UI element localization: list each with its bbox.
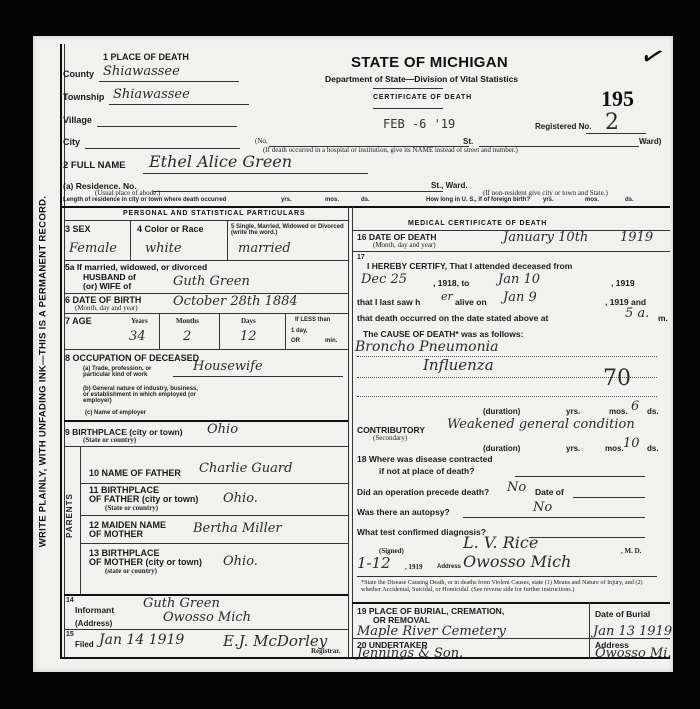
dod-value: January 10th xyxy=(503,230,588,245)
age-years-label: Years xyxy=(131,317,148,325)
column-divider xyxy=(348,207,349,657)
res-yrs: yrs. xyxy=(281,197,292,203)
personal-heading: PERSONAL AND STATISTICAL PARTICULARS xyxy=(123,210,305,217)
informant-address-value: Owosso Mich xyxy=(163,610,251,625)
marital-value: married xyxy=(238,241,291,256)
signed-address: Owosso Mich xyxy=(463,552,571,571)
contributory-value: Weakened general condition xyxy=(447,417,635,432)
row-rule xyxy=(64,629,348,630)
age-label: 7 AGE xyxy=(65,316,92,326)
row-rule xyxy=(64,420,348,422)
certificate-title: CERTIFICATE OF DEATH xyxy=(373,94,472,101)
check-mark-icon: ✓ xyxy=(636,37,669,76)
test-line xyxy=(529,537,645,538)
registrar-label: Registrar. xyxy=(311,647,340,655)
state-title: STATE OF MICHIGAN xyxy=(351,54,508,71)
contrib-duration-label: (duration) xyxy=(483,444,520,453)
last-saw-her: er xyxy=(441,290,453,303)
cause-line-1 xyxy=(357,356,657,357)
death-certificate: WRITE PLAINLY, WITH UNFADING INK—THIS IS… xyxy=(33,36,673,672)
county-label: County xyxy=(63,69,94,79)
duration-mos: mos. xyxy=(609,407,628,416)
color-divider xyxy=(227,220,228,260)
cause-secondary: Influenza xyxy=(423,356,494,374)
burial-date-label: Date of Burial xyxy=(595,609,650,619)
father-bp-value: Ohio. xyxy=(223,491,258,506)
last-saw-date: Jan 9 xyxy=(503,290,537,305)
contrib-yrs: yrs. xyxy=(566,444,580,453)
filed-date: Jan 14 1919 xyxy=(99,632,184,648)
last-saw-text: that I last saw h xyxy=(357,297,420,307)
date-of-label: Date of xyxy=(535,487,564,497)
informant-label: Informant xyxy=(75,605,114,615)
foreign-yrs: yrs. xyxy=(543,197,554,203)
operation-label: Did an operation precede death? xyxy=(357,487,489,497)
personal-heading-rule xyxy=(64,220,348,221)
duration-ds-value: 6 xyxy=(631,399,639,414)
row-rule xyxy=(352,251,670,252)
cause-line-3 xyxy=(357,396,657,397)
county-value: Shiawassee xyxy=(103,64,180,79)
undertaker-address: Owosso Mi. xyxy=(595,646,672,661)
age-divider xyxy=(285,313,286,349)
burial-divider xyxy=(589,602,590,657)
father-bp-sub: (State or country) xyxy=(105,504,158,512)
occupation-label: 8 OCCUPATION OF DECEASED xyxy=(65,353,199,363)
father-label: 10 NAME OF FATHER xyxy=(89,468,181,478)
age-days-value: 12 xyxy=(240,329,257,344)
row-rule xyxy=(357,576,657,577)
full-name-label: 2 FULL NAME xyxy=(63,160,126,171)
informant-value: Guth Green xyxy=(143,596,220,611)
row-rule xyxy=(64,446,348,447)
age-days-label: Days xyxy=(241,317,256,325)
age-less-label: If LESS than xyxy=(295,317,330,323)
filed-label: Filed xyxy=(75,640,94,649)
township-line xyxy=(109,104,249,105)
filed-num: 15 xyxy=(66,631,74,638)
attended-from: Dec 25 xyxy=(361,272,407,287)
mother-label-2: OF MOTHER xyxy=(89,529,143,539)
operation-value: No xyxy=(507,480,526,495)
duration-label: (duration) xyxy=(483,407,520,416)
certify-text: I HEREBY CERTIFY, That I attended deceas… xyxy=(367,261,572,271)
certify-num: 17 xyxy=(357,254,365,261)
autopsy-line xyxy=(463,517,645,518)
registered-no-label: Registered No. xyxy=(535,122,591,131)
signed-value: L. V. Rice xyxy=(463,533,538,552)
foreign-ds: ds. xyxy=(625,197,634,203)
contracted-line xyxy=(515,476,645,477)
township-label: Township xyxy=(63,92,104,102)
village-line xyxy=(97,126,237,127)
attended-to: Jan 10 xyxy=(498,272,540,287)
dod-year: 1919 xyxy=(620,230,653,245)
birthplace-value: Ohio xyxy=(207,422,238,437)
age-months-value: 2 xyxy=(183,329,191,344)
date-of-line xyxy=(573,497,645,498)
dob-value: October 28th 1884 xyxy=(173,294,298,309)
city-label: City xyxy=(63,137,80,147)
dob-sub: (Month, day and year) xyxy=(75,304,138,312)
duration-yrs: yrs. xyxy=(566,407,580,416)
parents-label: PARENTS xyxy=(65,493,74,538)
parents-divider xyxy=(80,446,81,594)
signed-year: , 1919 xyxy=(405,563,423,571)
occupation-line xyxy=(173,376,343,377)
length-of-residence-label: Length of residence in city or town wher… xyxy=(63,197,226,203)
burial-place: Maple River Cemetery xyxy=(357,624,506,639)
autopsy-value: No xyxy=(533,500,552,515)
full-name-value: Ethel Alice Green xyxy=(149,152,292,171)
contrib-mos: mos. xyxy=(605,444,624,453)
autopsy-label: Was there an autopsy? xyxy=(357,507,450,517)
age-1day: 1 day, xyxy=(291,328,308,334)
city-line xyxy=(85,148,240,149)
st-label: St. xyxy=(463,137,473,146)
received-stamp: FEB -6 '19 xyxy=(383,117,455,131)
occ-b-label: (b) General nature of industry, business… xyxy=(83,386,198,404)
age-divider xyxy=(219,313,220,349)
column-divider-2 xyxy=(352,207,353,657)
spouse-value: Guth Green xyxy=(173,274,250,289)
foreign-mos: mos. xyxy=(585,197,599,203)
row-rule xyxy=(64,260,348,261)
place-of-death-heading: 1 PLACE OF DEATH xyxy=(103,52,189,62)
age-months-label: Months xyxy=(176,317,199,325)
signed-address-label: Address xyxy=(437,564,461,570)
mother-bp-label-2: OF MOTHER (city or town) xyxy=(89,557,202,567)
alive-on: alive on xyxy=(455,297,487,307)
occ-c-label: (c) Name of employer xyxy=(85,410,146,416)
department-name: Department of State—Division of Vital St… xyxy=(325,74,518,84)
informant-num: 14 xyxy=(66,597,74,604)
md-label: , M. D. xyxy=(621,547,641,555)
row-rule xyxy=(80,515,348,516)
st-ward-label: St., Ward. xyxy=(431,181,468,190)
row-rule xyxy=(352,602,670,604)
birthplace-sub: (State or country) xyxy=(83,436,136,444)
father-bp-label-2: OF FATHER (city or town) xyxy=(89,494,198,504)
nonresident-note: (If non-resident give city or town and S… xyxy=(483,189,608,197)
hospital-note: (If death occurred in a hospital or inst… xyxy=(263,146,518,154)
sex-divider xyxy=(130,220,131,260)
color-value: white xyxy=(145,241,182,256)
cause-primary: Broncho Pneumonia xyxy=(355,339,498,355)
attended-from-year: , 1918, to xyxy=(433,278,469,288)
cause-code: 70 xyxy=(603,366,631,391)
mother-bp-value: Ohio. xyxy=(223,554,258,569)
dod-sub: (Month, day and year) xyxy=(373,241,436,249)
margin-rule xyxy=(60,44,62,658)
foreign-birth-label: How long in U. S., if of foreign birth? xyxy=(426,197,530,203)
row-rule xyxy=(64,349,348,350)
margin-note: WRITE PLAINLY, WITH UNFADING INK—THIS IS… xyxy=(38,72,49,672)
mother-value: Bertha Miller xyxy=(193,521,282,536)
village-label: Village xyxy=(63,115,92,125)
occ-a-label: (a) Trade, profession, or particular kin… xyxy=(83,366,173,378)
informant-address-label: (Address) xyxy=(75,619,112,628)
marital-label: 5 Single, Married, Widowed or Divorced (… xyxy=(231,224,346,236)
contrib-mos-value: 10 xyxy=(623,436,640,451)
row-rule xyxy=(80,483,348,484)
occupation-value: Housewife xyxy=(193,359,263,374)
attended-to-year: , 1919 xyxy=(611,278,635,288)
contrib-ds: ds. xyxy=(647,444,659,453)
township-value: Shiawassee xyxy=(113,87,190,102)
section-divider xyxy=(60,206,670,208)
color-label: 4 Color or Race xyxy=(137,224,204,234)
contracted-label-2: if not at place of death? xyxy=(379,466,474,476)
header-rule-1 xyxy=(373,88,443,89)
footnote: *State the Disease Causing Death, or in … xyxy=(361,579,651,593)
father-value: Charlie Guard xyxy=(199,461,292,476)
residence-line xyxy=(153,191,443,192)
age-or: OR xyxy=(291,338,300,344)
signed-date: 1-12 xyxy=(357,554,391,572)
burial-year: 1919 xyxy=(639,624,672,639)
ward-label: Ward) xyxy=(639,137,661,146)
death-time-m: m. xyxy=(658,313,668,323)
spouse-label-3: (or) WIFE of xyxy=(83,281,131,291)
duration-ds: ds. xyxy=(647,407,659,416)
medical-heading: MEDICAL CERTIFICATE OF DEATH xyxy=(408,220,547,227)
no-label: (No. xyxy=(255,137,268,145)
contracted-label-1: 18 Where was disease contracted xyxy=(357,454,493,464)
age-divider xyxy=(159,313,160,349)
sex-label: 3 SEX xyxy=(65,224,91,234)
res-ds: ds. xyxy=(361,197,370,203)
row-rule xyxy=(80,543,348,544)
spouse-label-1: 5a If married, widowed, or divorced xyxy=(65,262,207,272)
mother-bp-sub: (state or country) xyxy=(105,567,157,575)
registered-no-value: 2 xyxy=(605,110,619,135)
cause-label: The CAUSE OF DEATH* was as follows: xyxy=(363,329,523,339)
sex-value: Female xyxy=(69,241,117,256)
row-rule xyxy=(352,638,670,639)
row-rule xyxy=(64,313,348,314)
residence-sub: (Usual place of abode.) xyxy=(95,189,160,197)
age-min: min. xyxy=(325,338,337,344)
contributory-sub: (Secondary) xyxy=(373,434,407,442)
res-mos: mos. xyxy=(325,197,339,203)
full-name-line xyxy=(143,173,368,174)
file-number: 195 xyxy=(601,86,634,112)
death-time-text: that death occurred on the date stated a… xyxy=(357,313,548,323)
undertaker-value: Jennings & Son. xyxy=(357,646,463,661)
county-line xyxy=(99,81,239,82)
age-years-value: 34 xyxy=(129,329,146,344)
header-rule-2 xyxy=(373,108,443,109)
death-time: 5 a. xyxy=(625,306,649,321)
burial-date: Jan 13 xyxy=(593,624,635,639)
